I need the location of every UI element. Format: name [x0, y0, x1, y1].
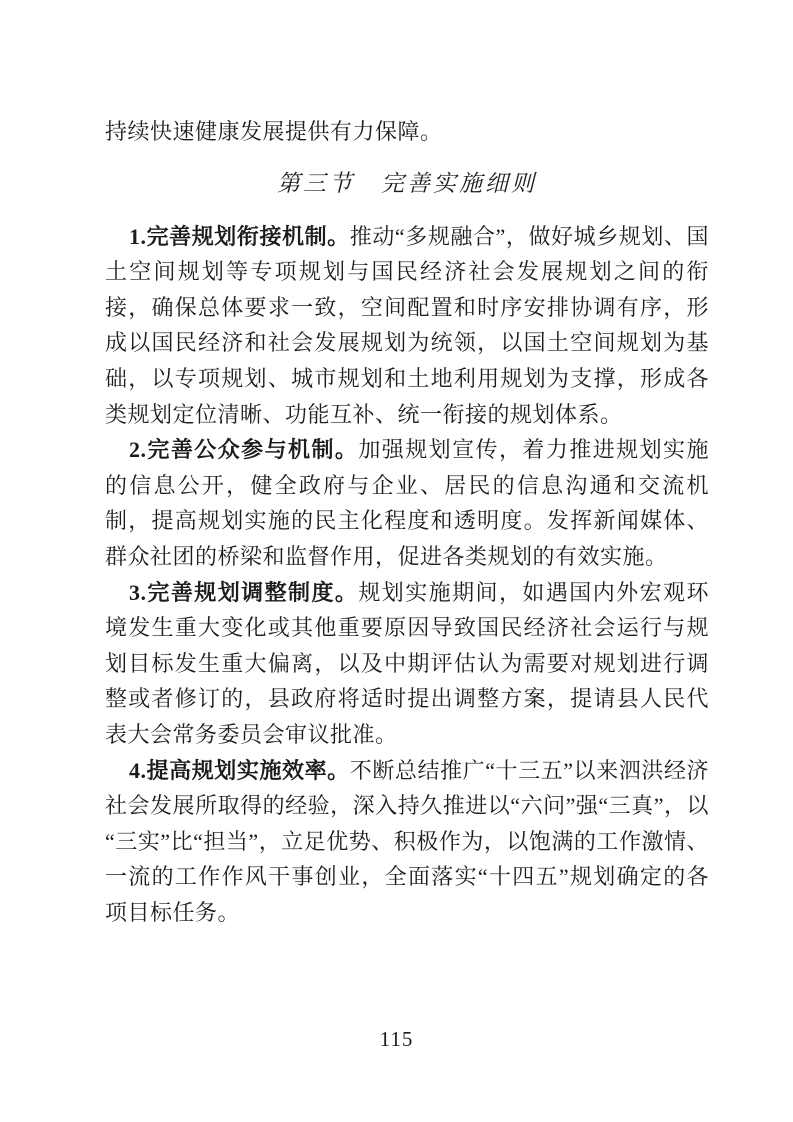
page-number: 115 — [0, 1027, 793, 1052]
paragraph-continuation: 持续快速健康发展提供有力保障。 — [105, 114, 709, 150]
numbered-paragraph-1: 1.完善规划衔接机制。推动“多规融合”，做好城乡规划、国土空间规划等专项规划与国… — [105, 219, 709, 433]
paragraph-3-lead: 3.完善规划调整制度。 — [129, 580, 358, 605]
paragraph-1-body: 推动“多规融合”，做好城乡规划、国土空间规划等专项规划与国民经济社会发展规划之间… — [105, 224, 709, 427]
paragraph-2-lead: 2.完善公众参与机制。 — [129, 437, 358, 462]
numbered-paragraph-4: 4.提高规划实施效率。不断总结推广“十三五”以来泗洪经济社会发展所取得的经验，深… — [105, 753, 709, 931]
paragraph-1-lead: 1.完善规划衔接机制。 — [129, 224, 350, 249]
numbered-paragraph-3: 3.完善规划调整制度。规划实施期间，如遇国内外宏观环境发生重大变化或其他重要原因… — [105, 575, 709, 753]
paragraph-4-lead: 4.提高规划实施效率。 — [129, 758, 350, 783]
section-heading: 第三节 完善实施细则 — [105, 166, 709, 202]
page-content: 持续快速健康发展提供有力保障。 第三节 完善实施细则 1.完善规划衔接机制。推动… — [105, 0, 709, 930]
numbered-paragraph-2: 2.完善公众参与机制。加强规划宣传，着力推进规划实施的信息公开，健全政府与企业、… — [105, 432, 709, 574]
document-page: 持续快速健康发展提供有力保障。 第三节 完善实施细则 1.完善规划衔接机制。推动… — [0, 0, 793, 1122]
